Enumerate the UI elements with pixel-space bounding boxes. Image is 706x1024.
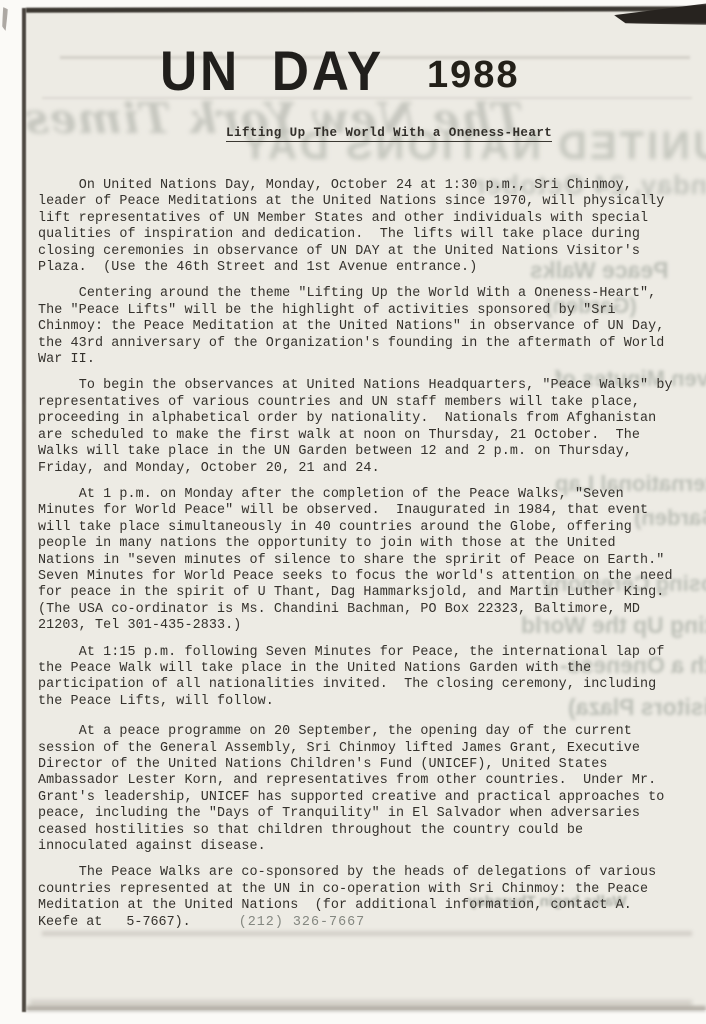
paragraph-intro: On United Nations Day, Monday, October 2… [38, 178, 690, 276]
pencil-phone-number: (212) 326-7667 [239, 915, 366, 930]
contact-line: Keefe at 5-7667).(212) 326-7667 [38, 915, 690, 931]
scan-margin-mark [2, 7, 8, 31]
paragraph-peace-walks: To begin the observances at United Natio… [38, 378, 690, 476]
paragraph-sponsors: The Peace Walks are co-sponsored by the … [38, 865, 690, 914]
document-title: UN DAY [160, 38, 384, 103]
page-left-edge [22, 8, 26, 1012]
page-bottom-edge [26, 1006, 706, 1011]
scan-streak [42, 931, 692, 936]
document-body: On United Nations Day, Monday, October 2… [38, 178, 690, 931]
scanned-document-page: The New York Times UNITED NATIONS DAY Mo… [0, 0, 706, 1024]
paragraph-seven-minutes: At 1 p.m. on Monday after the completion… [38, 487, 690, 635]
paragraph-theme: Centering around the theme "Lifting Up t… [38, 286, 690, 368]
contact-typed-text: Keefe at 5-7667). [38, 915, 191, 930]
document-title-year: 1988 [427, 54, 520, 97]
paragraph-international-lap: At 1:15 p.m. following Seven Minutes for… [38, 645, 690, 711]
document-subtitle: Lifting Up The World With a Oneness-Hear… [226, 126, 552, 142]
paragraph-unicef: At a peace programme on 20 September, th… [38, 724, 690, 855]
